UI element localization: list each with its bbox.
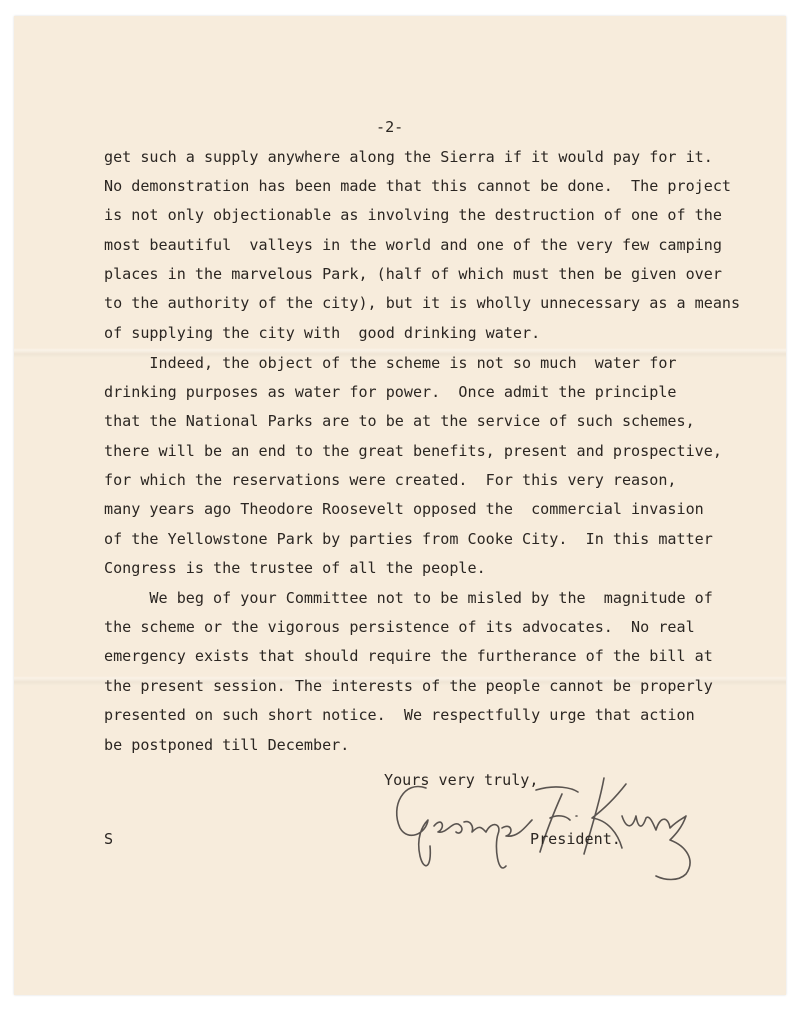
body-line: emergency exists that should require the…	[104, 649, 713, 664]
body-line: No demonstration has been made that this…	[104, 179, 731, 194]
body-line: is not only objectionable as involving t…	[104, 208, 722, 223]
signer-title: President.	[530, 832, 621, 847]
body-line: the present session. The interests of th…	[104, 679, 713, 694]
body-line: places in the marvelous Park, (half of w…	[104, 267, 722, 282]
body-line: most beautiful valleys in the world and …	[104, 238, 722, 253]
body-line: drinking purposes as water for power. On…	[104, 385, 677, 400]
body-line: of the Yellowstone Park by parties from …	[104, 532, 713, 547]
body-line: presented on such short notice. We respe…	[104, 708, 695, 723]
body-line: get such a supply anywhere along the Sie…	[104, 150, 713, 165]
body-line: there will be an end to the great benefi…	[104, 444, 722, 459]
body-line: Indeed, the object of the scheme is not …	[104, 356, 677, 371]
typist-initials: S	[104, 832, 113, 847]
page-number: -2-	[376, 120, 403, 135]
body-line: Congress is the trustee of all the peopl…	[104, 561, 486, 576]
body-line: of supplying the city with good drinking…	[104, 326, 540, 341]
letter-page: -2- get such a supply anywhere along the…	[14, 16, 786, 995]
body-line: to the authority of the city), but it is…	[104, 296, 740, 311]
body-line: many years ago Theodore Roosevelt oppose…	[104, 502, 704, 517]
body-line: be postponed till December.	[104, 738, 349, 753]
body-line: We beg of your Committee not to be misle…	[104, 591, 713, 606]
body-line: the scheme or the vigorous persistence o…	[104, 620, 695, 635]
body-line: for which the reservations were created.…	[104, 473, 677, 488]
body-line: that the National Parks are to be at the…	[104, 414, 695, 429]
